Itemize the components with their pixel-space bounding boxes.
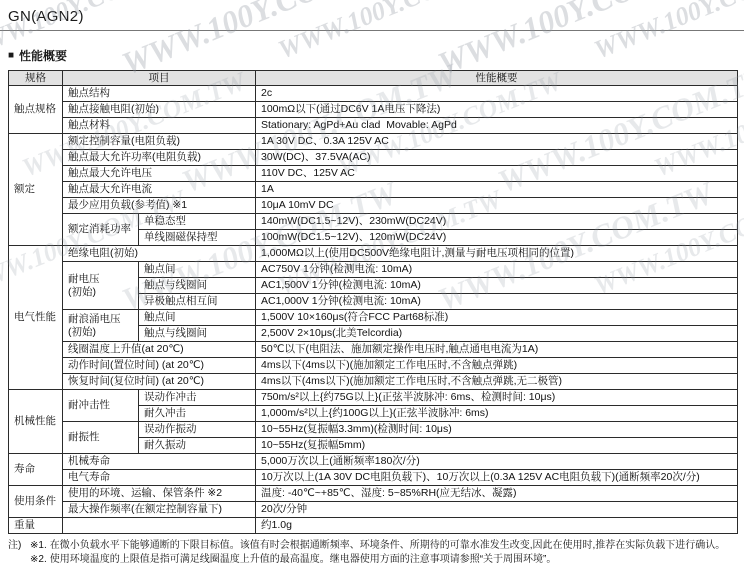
value-cell: 750m/s²以上{约75G以上}(正弦半波脉冲: 6ms、检测时间: 10μs… (256, 390, 738, 406)
column-header: 项目 (63, 71, 256, 86)
item-cell (63, 518, 256, 534)
section-heading: ■ 性能概要 (8, 47, 736, 64)
value-cell: 30W(DC)、37.5VA(AC) (256, 150, 738, 166)
table-row: 电气性能绝缘电阻(初始)1,000MΩ以上(使用DC500V绝缘电阻计,测量与耐… (9, 246, 738, 262)
table-row: 耐浪涌电压 (初始)触点间1,500V 10×160μs(符合FCC Part6… (9, 310, 738, 326)
value-cell: 4ms以下(4ms以下)(施加额定工作电压时,不含触点弹跳) (256, 358, 738, 374)
value-cell: 1,000MΩ以上(使用DC500V绝缘电阻计,测量与耐电压项相同的位置) (256, 246, 738, 262)
item-cell: 触点最大允许功率(电阻负载) (63, 150, 256, 166)
value-cell: 110V DC、125V AC (256, 166, 738, 182)
table-row: 最少应用负载(参考值) ※110μA 10mV DC (9, 198, 738, 214)
item-cell: 电气寿命 (63, 470, 256, 486)
item-cell: 触点结构 (63, 86, 256, 102)
table-row: 寿命机械寿命5,000万次以上(通断频率180次/分) (9, 454, 738, 470)
sub-item-cell: 触点间 (139, 310, 256, 326)
item-cell: 触点接触电阻(初始) (63, 102, 256, 118)
table-row: 触点最大允许电流1A (9, 182, 738, 198)
page-title: GN(AGN2) (8, 7, 736, 27)
section-marker-icon: ■ (8, 51, 14, 61)
item-cell: 最少应用负载(参考值) ※1 (63, 198, 256, 214)
sub-item-cell: 触点间 (139, 262, 256, 278)
table-row: 最大操作频率(在额定控制容量下)20次/分钟 (9, 502, 738, 518)
footnote-line: 注) ※1. 在微小负载水平下能够通断的下限目标值。该值有时会根据通断频率、环境… (8, 539, 736, 553)
value-cell: 1A 30V DC、0.3A 125V AC (256, 134, 738, 150)
value-cell: 1A (256, 182, 738, 198)
spec-group-cell: 机械性能 (9, 390, 63, 454)
footnote-line: ※2. 使用环境温度的上限值是指可满足线圈温度上升值的最高温度。继电器使用方面的… (8, 553, 736, 567)
item-cell: 触点最大允许电流 (63, 182, 256, 198)
table-row: 电气寿命10万次以上(1A 30V DC电阻负载下)、10万次以上(0.3A 1… (9, 470, 738, 486)
spec-table-body: 规格项目性能概要触点规格触点结构2c触点接触电阻(初始)100mΩ以下(通过DC… (9, 71, 738, 534)
footnote-prefix: 注) (8, 539, 30, 553)
sub-item-cell: 单稳态型 (139, 214, 256, 230)
table-row: 额定额定控制容量(电阻负载)1A 30V DC、0.3A 125V AC (9, 134, 738, 150)
spec-group-cell: 额定 (9, 134, 63, 246)
value-cell: 100mW(DC1.5~12V)、120mW(DC24V) (256, 230, 738, 246)
item-cell: 机械寿命 (63, 454, 256, 470)
value-cell: AC1,500V 1分钟(检测电流: 10mA) (256, 278, 738, 294)
value-cell: 20次/分钟 (256, 502, 738, 518)
value-cell: 100mΩ以下(通过DC6V 1A电压下降法) (256, 102, 738, 118)
footnote-marker: ※2. (30, 553, 50, 567)
sub-item-cell: 误动作冲击 (139, 390, 256, 406)
item-cell: 额定控制容量(电阻负载) (63, 134, 256, 150)
table-row: 耐电压 (初始)触点间AC750V 1分钟(检测电流: 10mA) (9, 262, 738, 278)
item-cell: 恢复时间(复位时间) (at 20℃) (63, 374, 256, 390)
value-cell: AC1,000V 1分钟(检测电流: 10mA) (256, 294, 738, 310)
table-row: 触点最大允许功率(电阻负载)30W(DC)、37.5VA(AC) (9, 150, 738, 166)
item-cell: 使用的环境、运输、保管条件 ※2 (63, 486, 256, 502)
sub-item-cell: 耐久冲击 (139, 406, 256, 422)
value-cell: 4ms以下(4ms以下)(施加额定工作电压时,不含触点弹跳,无二极管) (256, 374, 738, 390)
value-cell: 约1.0g (256, 518, 738, 534)
column-header: 性能概要 (256, 71, 738, 86)
section-title: 性能概要 (19, 47, 67, 64)
value-cell: 50℃以下(电阻法、施加额定操作电压时,触点通电电流为1A) (256, 342, 738, 358)
value-cell: 10~55Hz(复振幅5mm) (256, 438, 738, 454)
title-divider (0, 30, 744, 31)
item-cell: 耐电压 (初始) (63, 262, 139, 310)
value-cell: 10μA 10mV DC (256, 198, 738, 214)
sub-item-cell: 单线圈磁保持型 (139, 230, 256, 246)
value-cell: 1,500V 10×160μs(符合FCC Part68标准) (256, 310, 738, 326)
spec-group-cell: 触点规格 (9, 86, 63, 134)
datasheet-page: GN(AGN2) ■ 性能概要 规格项目性能概要触点规格触点结构2c触点接触电阻… (0, 0, 744, 583)
table-row: 恢复时间(复位时间) (at 20℃)4ms以下(4ms以下)(施加额定工作电压… (9, 374, 738, 390)
table-row: 触点接触电阻(初始)100mΩ以下(通过DC6V 1A电压下降法) (9, 102, 738, 118)
table-row: 使用条件使用的环境、运输、保管条件 ※2温度: -40℃~+85℃、湿度: 5~… (9, 486, 738, 502)
table-row: 规格项目性能概要 (9, 71, 738, 86)
spec-group-cell: 电气性能 (9, 246, 63, 390)
value-cell: 140mW(DC1.5~12V)、230mW(DC24V) (256, 214, 738, 230)
sub-item-cell: 触点与线圈间 (139, 326, 256, 342)
table-row: 线圈温度上升值(at 20℃)50℃以下(电阻法、施加额定操作电压时,触点通电电… (9, 342, 738, 358)
value-cell: Stationary: AgPd+Au clad Movable: AgPd (256, 118, 738, 134)
value-cell: 5,000万次以上(通断频率180次/分) (256, 454, 738, 470)
spec-table: 规格项目性能概要触点规格触点结构2c触点接触电阻(初始)100mΩ以下(通过DC… (8, 70, 738, 534)
item-cell: 耐冲击性 (63, 390, 139, 422)
table-row: 触点材料Stationary: AgPd+Au clad Movable: Ag… (9, 118, 738, 134)
item-cell: 绝缘电阻(初始) (63, 246, 256, 262)
value-cell: 2c (256, 86, 738, 102)
item-cell: 耐浪涌电压 (初始) (63, 310, 139, 342)
item-cell: 最大操作频率(在额定控制容量下) (63, 502, 256, 518)
value-cell: 温度: -40℃~+85℃、湿度: 5~85%RH(应无结冰、凝露) (256, 486, 738, 502)
sub-item-cell: 异极触点相互间 (139, 294, 256, 310)
value-cell: 2,500V 2×10μs(北美Telcordia) (256, 326, 738, 342)
sub-item-cell: 触点与线圈间 (139, 278, 256, 294)
spec-group-cell: 寿命 (9, 454, 63, 486)
item-cell: 耐振性 (63, 422, 139, 454)
value-cell: 10~55Hz(复振幅3.3mm)(检测时间: 10μs) (256, 422, 738, 438)
footnote-text: 在微小负载水平下能够通断的下限目标值。该值有时会根据通断频率、环境条件、所期待的… (50, 539, 726, 553)
value-cell: AC750V 1分钟(检测电流: 10mA) (256, 262, 738, 278)
footnote-marker: ※1. (30, 539, 50, 553)
spec-group-cell: 使用条件 (9, 486, 63, 518)
footnotes: 注) ※1. 在微小负载水平下能够通断的下限目标值。该值有时会根据通断频率、环境… (8, 539, 736, 566)
sub-item-cell: 误动作振动 (139, 422, 256, 438)
table-row: 额定消耗功率单稳态型140mW(DC1.5~12V)、230mW(DC24V) (9, 214, 738, 230)
footnote-text: 使用环境温度的上限值是指可满足线圈温度上升值的最高温度。继电器使用方面的注意事项… (50, 553, 557, 567)
spec-group-cell: 重量 (9, 518, 63, 534)
item-cell: 线圈温度上升值(at 20℃) (63, 342, 256, 358)
table-row: 触点最大允许电压110V DC、125V AC (9, 166, 738, 182)
table-row: 动作时间(置位时间) (at 20℃)4ms以下(4ms以下)(施加额定工作电压… (9, 358, 738, 374)
sub-item-cell: 耐久振动 (139, 438, 256, 454)
table-row: 机械性能耐冲击性误动作冲击750m/s²以上{约75G以上}(正弦半波脉冲: 6… (9, 390, 738, 406)
item-cell: 触点最大允许电压 (63, 166, 256, 182)
item-cell: 额定消耗功率 (63, 214, 139, 246)
value-cell: 1,000m/s²以上{约100G以上}(正弦半波脉冲: 6ms) (256, 406, 738, 422)
item-cell: 触点材料 (63, 118, 256, 134)
footnote-prefix (8, 553, 30, 567)
table-row: 重量约1.0g (9, 518, 738, 534)
value-cell: 10万次以上(1A 30V DC电阻负载下)、10万次以上(0.3A 125V … (256, 470, 738, 486)
item-cell: 动作时间(置位时间) (at 20℃) (63, 358, 256, 374)
table-row: 耐振性误动作振动10~55Hz(复振幅3.3mm)(检测时间: 10μs) (9, 422, 738, 438)
table-row: 触点规格触点结构2c (9, 86, 738, 102)
column-header: 规格 (9, 71, 63, 86)
